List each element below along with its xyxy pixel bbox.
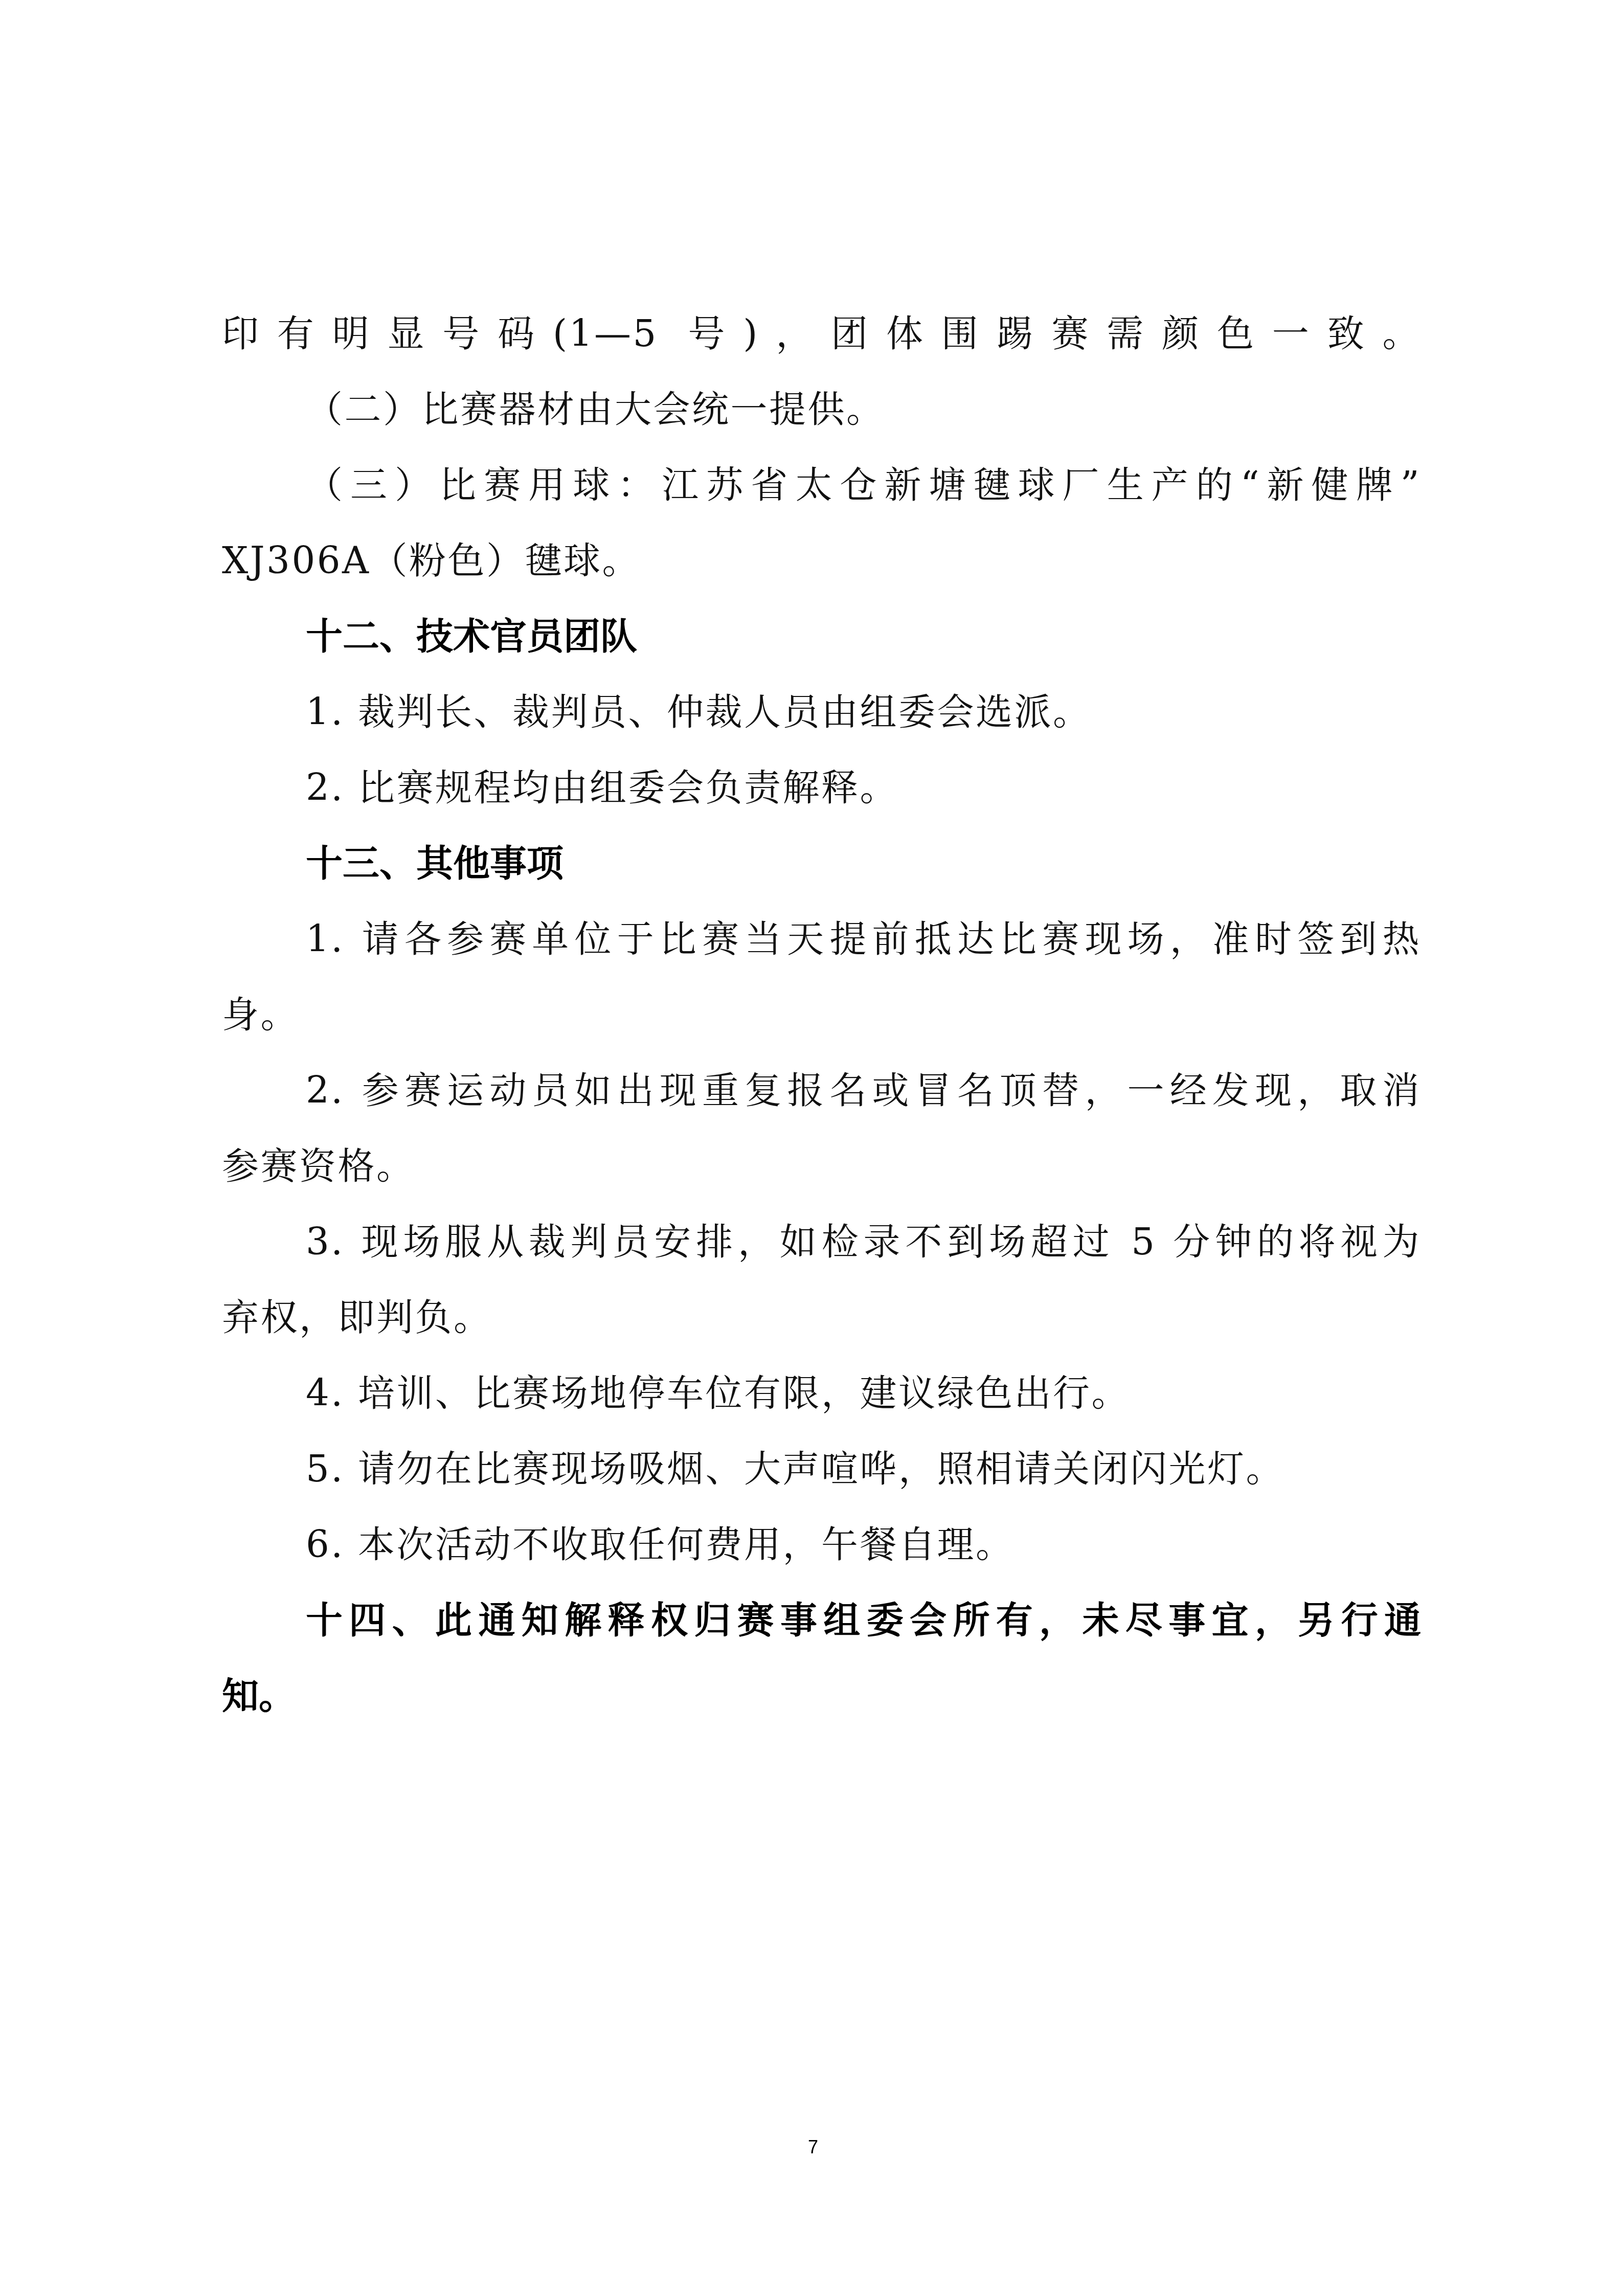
list-item-other-2-continuation: 参赛资格。	[222, 1128, 1421, 1204]
list-item-other-3-continuation: 弃权，即判负。	[222, 1279, 1421, 1355]
paragraph-line-ball-spec: （三）比赛用球：江苏省太仓新塘毽球厂生产的“新健牌”	[222, 447, 1421, 523]
page-number: 7	[805, 2136, 821, 2158]
list-item-other-1-continuation: 身。	[222, 977, 1421, 1052]
document-page: 印有明显号码(1—5 号)，团体围踢赛需颜色一致。 （二）比赛器材由大会统一提供…	[0, 0, 1623, 2296]
list-item-officials-1: 1. 裁判长、裁判员、仲裁人员由组委会选派。	[222, 674, 1421, 750]
section-heading-interpretation-continuation: 知。	[222, 1658, 1421, 1734]
list-item-other-6: 6. 本次活动不收取任何费用，午餐自理。	[222, 1506, 1421, 1582]
list-item-other-1: 1. 请各参赛单位于比赛当天提前抵达比赛现场，准时签到热	[222, 901, 1421, 977]
paragraph-line-continuation: 印有明显号码(1—5 号)，团体围踢赛需颜色一致。	[222, 296, 1421, 371]
section-heading-officials: 十二、技术官员团队	[222, 598, 1421, 674]
list-item-other-3: 3. 现场服从裁判员安排，如检录不到场超过 5 分钟的将视为	[222, 1204, 1421, 1279]
list-item-other-2: 2. 参赛运动员如出现重复报名或冒名顶替，一经发现，取消	[222, 1052, 1421, 1128]
paragraph-line-ball-model: XJ306A（粉色）毽球。	[222, 523, 1421, 598]
list-item-other-4: 4. 培训、比赛场地停车位有限，建议绿色出行。	[222, 1355, 1421, 1431]
list-item-officials-2: 2. 比赛规程均由组委会负责解释。	[222, 750, 1421, 825]
document-body: 印有明显号码(1—5 号)，团体围踢赛需颜色一致。 （二）比赛器材由大会统一提供…	[222, 296, 1421, 1734]
paragraph-line-equipment: （二）比赛器材由大会统一提供。	[222, 371, 1421, 447]
section-heading-other-matters: 十三、其他事项	[222, 825, 1421, 901]
list-item-other-5: 5. 请勿在比赛现场吸烟、大声喧哗，照相请关闭闪光灯。	[222, 1431, 1421, 1506]
section-heading-interpretation: 十四、此通知解释权归赛事组委会所有，未尽事宜，另行通	[222, 1582, 1421, 1658]
